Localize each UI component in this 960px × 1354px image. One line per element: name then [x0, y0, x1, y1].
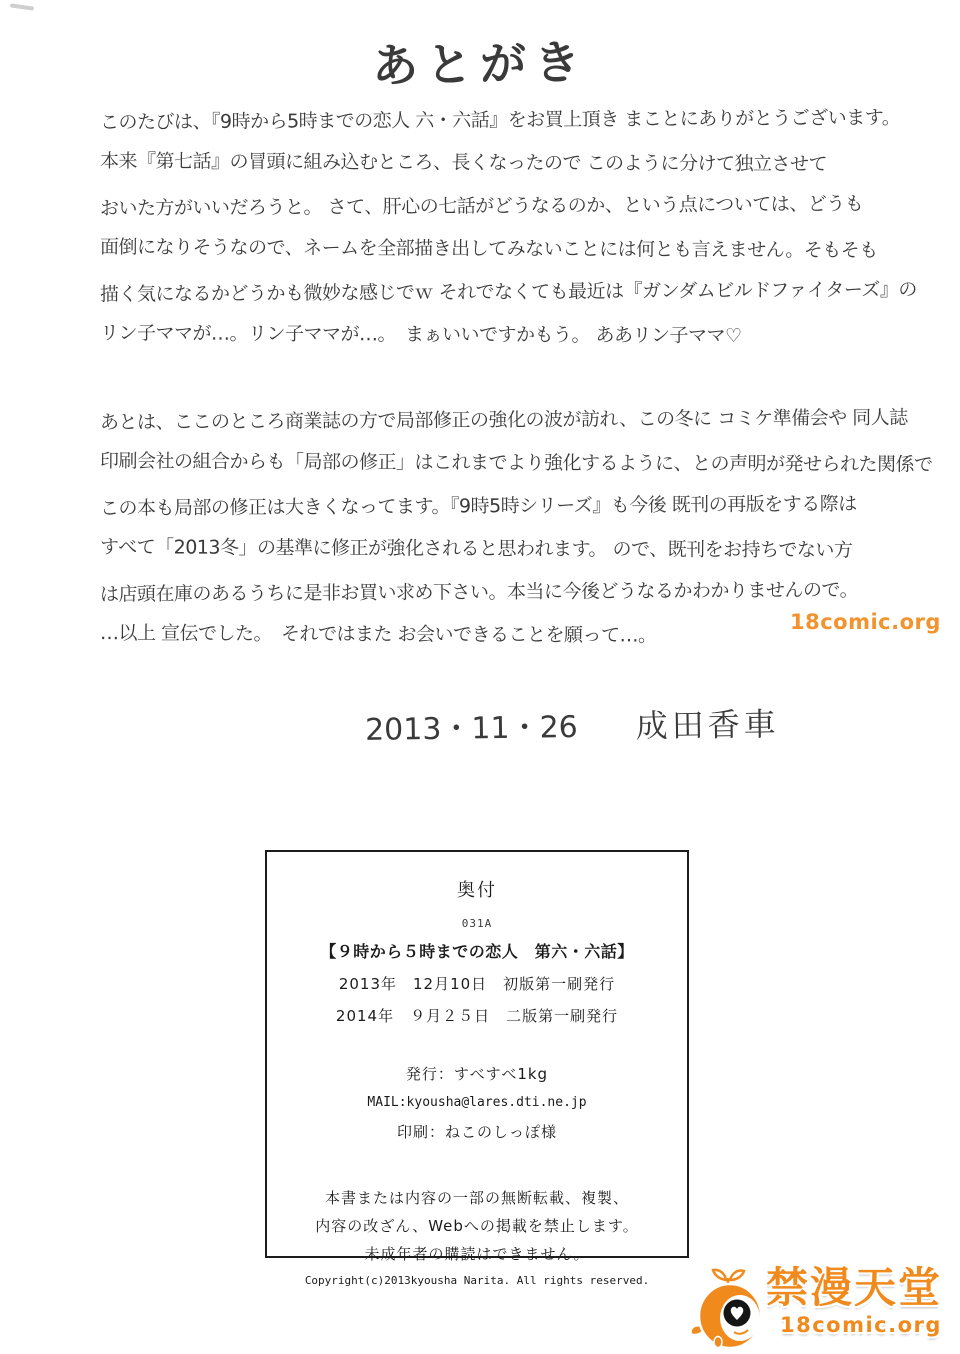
- colophon-code: 031A: [462, 917, 493, 930]
- legal-notice-line: 内容の改ざん、Webへの掲載を禁止します。: [315, 1212, 638, 1240]
- logo-text: 禁漫天堂 18comic.org: [766, 1264, 942, 1338]
- legal-notice: 本書または内容の一部の無断転載、複製、 内容の改ざん、Webへの掲載を禁止します…: [315, 1184, 638, 1268]
- handwritten-line: すべて「2013冬」の基準に修正が強化されると思われます。 ので、既刊をお持ちで…: [100, 526, 950, 573]
- handwritten-line: 面倒になりそうなので、ネームを全部描き出してみないことには何とも言えません。そも…: [100, 226, 950, 273]
- mascot-icon: [688, 1264, 770, 1354]
- handwritten-line: 描く気になるかどうかも微妙な感じでｗ それでなくても最近は『ガンダムビルドファイ…: [100, 268, 950, 316]
- handwritten-line: あとは、ここのところ商業誌の方で局部修正の強化の波が訪れ、この冬に コミケ準備会…: [100, 396, 950, 444]
- book-title: 【９時から５時までの恋人 第六・六話】: [320, 939, 634, 962]
- afterword-title: あとがき: [0, 20, 960, 103]
- scanner-smudge: [10, 3, 34, 10]
- site-watermark-logo: 禁漫天堂 18comic.org: [688, 1264, 960, 1354]
- handwritten-line: このたびは、『9時から5時までの恋人 六・六話』をお買上頂き まことにありがとう…: [100, 96, 950, 144]
- handwritten-line: この本も局部の修正は大きくなってます。『9時5時シリーズ』も今後 既刊の再版をす…: [100, 482, 950, 530]
- handwritten-date: 2013・11・26: [365, 702, 578, 751]
- printer-line: 印刷：ねこのしっぽ様: [397, 1121, 557, 1142]
- colophon-box: 奥付 031A 【９時から５時までの恋人 第六・六話】 2013年 12月10日…: [265, 850, 689, 1258]
- legal-notice-line: 未成年者の購読はできません。: [315, 1240, 638, 1268]
- copyright-line: Copyright(c)2013kyousha Narita. All righ…: [305, 1274, 649, 1287]
- date-signature: 2013・11・26 成田香車: [365, 699, 780, 751]
- colophon-heading: 奥付: [457, 876, 497, 902]
- handwritten-line: おいた方がいいだろうと。 さて、肝心の七話がどうなるのか、という点については、ど…: [100, 182, 950, 230]
- second-edition-date: 2014年 ９月２５日 二版第一刷発行: [336, 1005, 618, 1026]
- site-url: 18comic.org: [780, 1312, 942, 1338]
- afterword-page: { "afterword": { "title": "あとがき", "parag…: [0, 0, 960, 1354]
- handwritten-line: 本来『第七話』の冒頭に組み込むところ、長くなったので このように分けて独立させて: [100, 140, 950, 187]
- first-edition-date: 2013年 12月10日 初版第一刷発行: [339, 973, 615, 994]
- publisher-line: 発行：すべすべ1kg: [406, 1063, 548, 1084]
- site-name: 禁漫天堂: [766, 1264, 942, 1312]
- handwritten-paragraph-1: このたびは、『9時から5時までの恋人 六・六話』をお買上頂き まことにありがとう…: [100, 99, 950, 357]
- site-watermark-mid: 18comic.org: [790, 610, 941, 634]
- author-signature: 成田香車: [635, 699, 780, 747]
- handwritten-line: 印刷会社の組合からも「局部の修正」はこれまでより強化するように、との声明が発せら…: [100, 440, 950, 487]
- mail-address: MAIL:kyousha@lares.dti.ne.jp: [367, 1095, 586, 1110]
- handwritten-line: リン子ママが…。リン子ママが…。 まぁいいですかもう。 ああリン子ママ♡: [100, 312, 950, 359]
- legal-notice-line: 本書または内容の一部の無断転載、複製、: [315, 1184, 638, 1212]
